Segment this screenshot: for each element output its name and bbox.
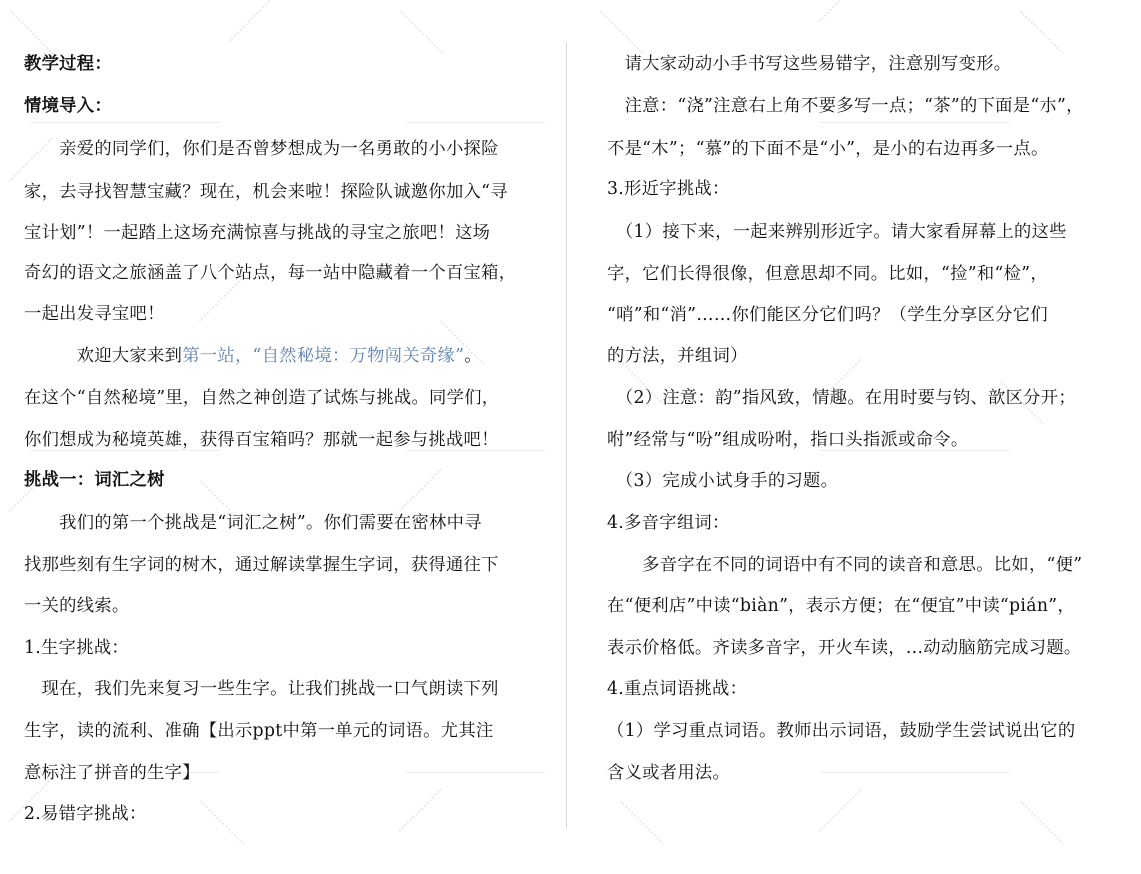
- paragraph-line: 一关的线索。: [24, 594, 130, 618]
- watermark-swirl: [819, 0, 864, 23]
- paragraph-line: 在“便利店”中读“biàn”，表示方便；在“便宜”中读“pián”，: [607, 594, 1075, 618]
- section-title: 教学过程：: [24, 52, 112, 76]
- watermark-line: [30, 122, 220, 123]
- watermark-line: [405, 122, 545, 123]
- paragraph-line: 含义或者用法。: [607, 761, 730, 785]
- paragraph-line: 家，去寻找智慧宝藏？现在，机会来啦！探险队诚邀你加入“寻: [24, 180, 508, 204]
- subsection-heading: 4.重点词语挑战：: [607, 677, 747, 701]
- subsection-heading: 3.形近字挑战：: [607, 177, 730, 201]
- column-divider: [566, 42, 567, 828]
- paragraph-line: （3）完成小试身手的习题。: [607, 469, 838, 493]
- welcome-prefix: 欢迎大家来到: [24, 346, 182, 366]
- watermark-swirl: [199, 801, 244, 846]
- watermark-swirl: [9, 11, 54, 56]
- watermark-swirl: [819, 788, 864, 833]
- watermark-swirl: [229, 0, 274, 43]
- watermark-line: [820, 772, 1010, 773]
- paragraph-line: 一起出发寻宝吧！: [24, 302, 165, 326]
- challenge-heading: 挑战一：词汇之树: [24, 468, 165, 492]
- paragraph-line: 不是“木”；“慕”的下面不是“小”，是小的右边再多一点。: [607, 137, 1049, 161]
- paragraph-line-with-link: 欢迎大家来到第一站，“自然秘境：万物闯关奇缘”。: [24, 344, 482, 368]
- paragraph-line: 现在，我们先来复习一些生字。让我们挑战一口气朗读下列: [24, 677, 499, 701]
- paragraph-line: 请大家动动小手书写这些易错字，注意别写变形。: [607, 52, 1011, 76]
- watermark-swirl: [1019, 801, 1064, 846]
- watermark-swirl: [1019, 11, 1064, 56]
- subsection-heading: 1.生字挑战：: [24, 636, 129, 660]
- paragraph-line: 多音字在不同的词语中有不同的读音和意思。比如，“便”: [607, 553, 1082, 577]
- paragraph-line: 我们的第一个挑战是“词汇之树”。你们需要在密林中寻: [24, 511, 482, 535]
- intro-heading: 情境导入：: [24, 94, 112, 118]
- paragraph-line: “哨”和“消”……你们能区分它们吗？（学生分享区分它们: [607, 303, 1048, 327]
- welcome-suffix: 。: [464, 346, 482, 366]
- paragraph-line: 奇幻的语文之旅涵盖了八个站点，每一站中隐藏着一个百宝箱，: [24, 261, 516, 285]
- watermark-line: [820, 122, 1010, 123]
- paragraph-line: 的方法，并组词）: [607, 344, 748, 368]
- paragraph-line: （1）接下来，一起来辨别形近字。请大家看屏幕上的这些: [607, 220, 1067, 244]
- paragraph-line: 在这个“自然秘境”里，自然之神创造了试炼与挑战。同学们，: [24, 386, 499, 410]
- subsection-heading: 2.易错字挑战：: [24, 802, 147, 826]
- watermark-swirl: [619, 801, 664, 846]
- paragraph-line: 找那些刻有生字词的树木，通过解读掌握生字词，获得通往下: [24, 553, 499, 577]
- paragraph-line: 生字，读的流利、准确【出示ppt中第一单元的词语。尤其注: [24, 719, 494, 743]
- paragraph-line: （2）注意：韵”指风致，情趣。在用时要与钧、歆区分开；: [607, 386, 1076, 410]
- watermark-swirl: [399, 468, 444, 513]
- paragraph-line: 表示价格低。齐读多音字，开火车读，...动动脑筋完成习题。: [607, 636, 1082, 660]
- watermark-swirl: [599, 11, 644, 56]
- paragraph-line: 字，它们长得很像，但意思却不同。比如，“捡”和“检”，: [607, 262, 1048, 286]
- paragraph-line: 亲爱的同学们，你们是否曾梦想成为一名勇敢的小小探险: [24, 137, 499, 161]
- paragraph-line: 意标注了拼音的生字】: [24, 761, 200, 785]
- paragraph-line: 宝计划”！一起踏上这场充满惊喜与挑战的寻宝之旅吧！这场: [24, 221, 490, 245]
- paragraph-line: 注意：“浇”注意右上角不要多写一点；“茶”的下面是“朩”，: [607, 94, 1084, 118]
- paragraph-line: （1）学习重点词语。教师出示词语，鼓励学生尝试说出它的: [607, 719, 1075, 743]
- station-link[interactable]: 第一站，“自然秘境：万物闯关奇缘”: [182, 346, 464, 366]
- watermark-line: [405, 772, 545, 773]
- watermark-swirl: [399, 788, 444, 833]
- paragraph-line: 你们想成为秘境英雄，获得百宝箱吗？那就一起参与挑战吧！: [24, 428, 499, 452]
- paragraph-line: 咐”经常与“吩”组成吩咐，指口头指派或命令。: [607, 428, 968, 452]
- watermark-swirl: [399, 11, 444, 56]
- subsection-heading: 4.多音字组词：: [607, 511, 730, 535]
